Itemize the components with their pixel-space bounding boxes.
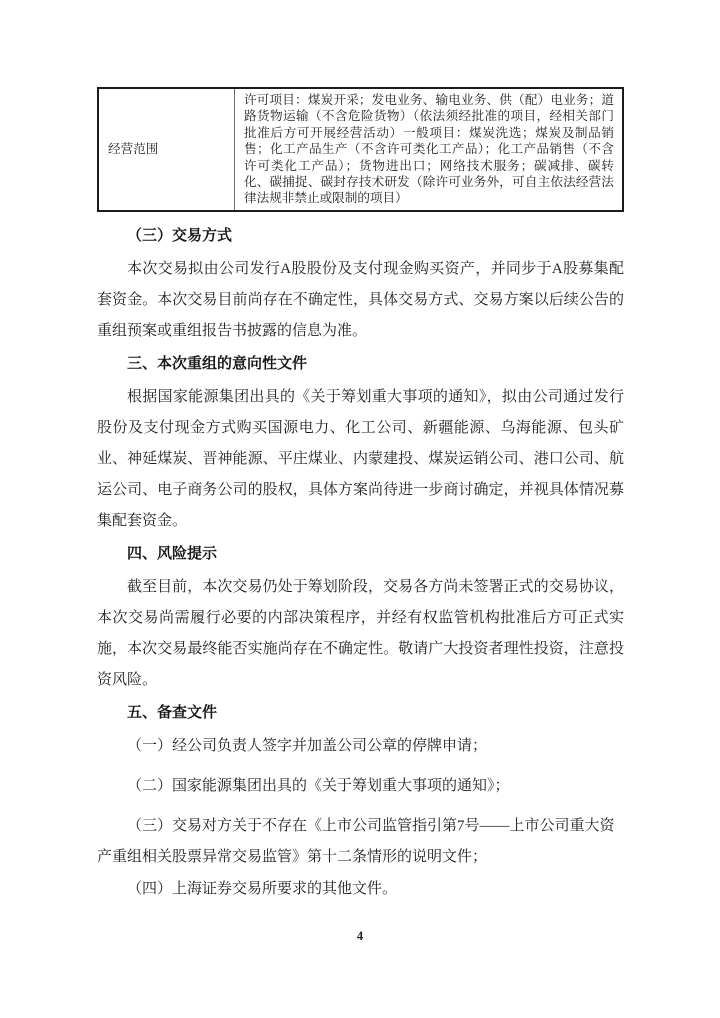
scope-value: 许可项目：煤炭开采；发电业务、输电业务、供（配）电业务；道路货物运输（不含危险货… (244, 93, 614, 205)
heading-transaction-method: （三）交易方式 (97, 221, 624, 252)
reference-item-4: （四）上海证券交易所要求的其他文件。 (97, 874, 624, 905)
scope-label: 经营范围 (108, 142, 158, 156)
document-page: 经营范围 许可项目：煤炭开采；发电业务、输电业务、供（配）电业务；道路货物运输（… (0, 0, 720, 1018)
document-content: 经营范围 许可项目：煤炭开采；发电业务、输电业务、供（配）电业务；道路货物运输（… (97, 87, 624, 905)
heading-risk-notice: 四、风险提示 (97, 539, 624, 570)
paragraph-risk-notice: 截至目前，本次交易仍处于筹划阶段，交易各方尚未签署正式的交易协议，本次交易尚需履… (97, 572, 624, 696)
table-row: 经营范围 许可项目：煤炭开采；发电业务、输电业务、供（配）电业务；道路货物运输（… (98, 88, 623, 211)
reference-item-3: （三）交易对方关于不存在《上市公司监管指引第7号——上市公司重大资产重组相关股票… (97, 811, 624, 873)
heading-restructuring-intent-documents: 三、本次重组的意向性文件 (97, 349, 624, 380)
business-scope-table: 经营范围 许可项目：煤炭开采；发电业务、输电业务、供（配）电业务；道路货物运输（… (97, 87, 624, 212)
reference-item-2: （二）国家能源集团出具的《关于筹划重大事项的通知》； (97, 771, 624, 802)
heading-reference-documents: 五、备查文件 (97, 698, 624, 729)
paragraph-transaction-method: 本次交易拟由公司发行A股股份及支付现金购买资产，并同步于A股募集配套资金。本次交… (97, 254, 624, 347)
scope-value-cell: 许可项目：煤炭开采；发电业务、输电业务、供（配）电业务；道路货物运输（不含危险货… (235, 88, 624, 211)
page-number: 4 (0, 928, 720, 944)
scope-label-cell: 经营范围 (98, 88, 235, 211)
reference-item-1: （一）经公司负责人签字并加盖公司公章的停牌申请； (97, 731, 624, 762)
paragraph-restructuring-intent: 根据国家能源集团出具的《关于筹划重大事项的通知》，拟由公司通过发行股份及支付现金… (97, 382, 624, 537)
